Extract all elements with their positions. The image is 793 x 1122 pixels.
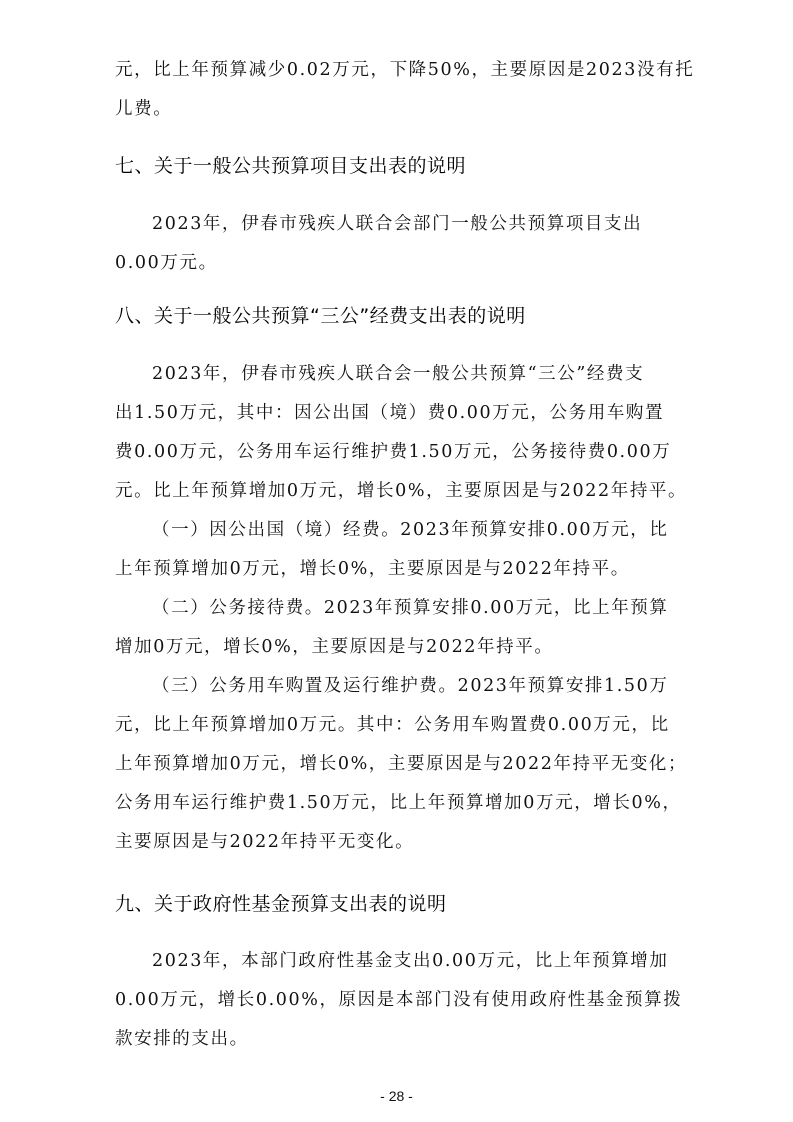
paragraph-line: 上年预算增加0万元，增长0%，主要原因是与2022年持平。: [115, 557, 683, 581]
paragraph-line: 儿费。: [115, 97, 683, 121]
paragraph-line: 款安排的支出。: [115, 1027, 683, 1051]
paragraph-line: 增加0万元，增长0%，主要原因是与2022年持平。: [115, 635, 683, 659]
paragraph-line: 0.00万元，增长0.00%，原因是本部门没有使用政府性基金预算拨: [115, 988, 683, 1012]
paragraph-line: （三）公务用车购置及运行维护费。2023年预算安排1.50万: [152, 674, 683, 698]
section-heading-9: 九、关于政府性基金预算支出表的说明: [115, 891, 447, 917]
section-heading-8: 八、关于一般公共预算“三公”经费支出表的说明: [115, 303, 526, 329]
paragraph-line: 主要原因是与2022年持平无变化。: [115, 830, 683, 854]
paragraph-line: 2023年，伊春市残疾人联合会部门一般公共预算项目支出: [152, 212, 683, 236]
document-page: 元，比上年预算减少0.02万元，下降50%，主要原因是2023没有托 儿费。 七…: [0, 0, 793, 1122]
paragraph-line: 2023年，本部门政府性基金支出0.00万元，比上年预算增加: [152, 949, 683, 973]
paragraph-line: 2023年，伊春市残疾人联合会一般公共预算“三公”经费支: [152, 362, 683, 386]
paragraph-line: 元，比上年预算减少0.02万元，下降50%，主要原因是2023没有托: [115, 58, 683, 82]
paragraph-line: 0.00万元。: [115, 251, 683, 275]
section-heading-7: 七、关于一般公共预算项目支出表的说明: [115, 153, 466, 179]
paragraph-line: （二）公务接待费。2023年预算安排0.00万元，比上年预算: [152, 596, 683, 620]
paragraph-line: 元，比上年预算增加0万元。其中：公务用车购置费0.00万元，比: [115, 713, 683, 737]
paragraph-line: 费0.00万元，公务用车运行维护费1.50万元，公务接待费0.00万: [115, 440, 683, 464]
paragraph-line: 元。比上年预算增加0万元，增长0%，主要原因是与2022年持平。: [115, 479, 683, 503]
paragraph-line: 出1.50万元，其中：因公出国（境）费0.00万元，公务用车购置: [115, 401, 683, 425]
paragraph-line: 公务用车运行维护费1.50万元，比上年预算增加0万元，增长0%，: [115, 791, 683, 815]
paragraph-line: 上年预算增加0万元，增长0%，主要原因是与2022年持平无变化；: [115, 752, 683, 776]
paragraph-line: （一）因公出国（境）经费。2023年预算安排0.00万元，比: [152, 518, 683, 542]
page-number: - 28 -: [0, 1088, 793, 1104]
